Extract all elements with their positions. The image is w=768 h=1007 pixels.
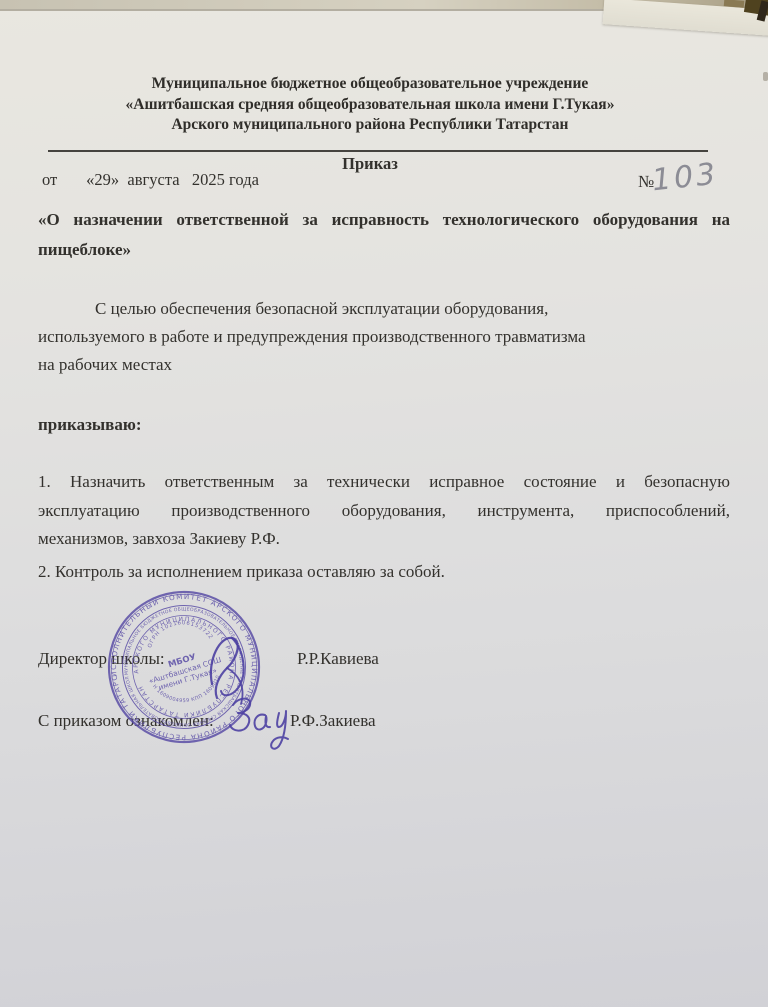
paper-speck [763, 72, 768, 81]
preamble-line-2: используемого в работе и предупреждения … [38, 323, 730, 351]
item1-line-1: 1. Назначить ответственным за технически… [38, 468, 730, 497]
order-item-2: 2. Контроль за исполнением приказа остав… [38, 558, 730, 586]
order-word: приказываю: [38, 415, 730, 435]
preamble: С целью обеспечения безопасной эксплуата… [38, 295, 730, 379]
item1-line-3: механизмов, завхоза Закиеву Р.Ф. [38, 525, 730, 554]
preamble-line-3: на рабочих местах [38, 351, 730, 379]
order-item-1: 1. Назначить ответственным за технически… [38, 468, 730, 554]
director-name: Р.Р.Кавиева [297, 649, 379, 669]
header-divider [48, 150, 708, 152]
order-subject: «О назначении ответственной за исправнос… [38, 205, 730, 265]
subject-line-2: пищеблоке» [38, 235, 730, 265]
org-line-1: Муниципальное бюджетное общеобразователь… [38, 74, 702, 95]
org-line-3: Арского муниципального района Республики… [38, 115, 702, 136]
document-photo: Муниципальное бюджетное общеобразователь… [0, 0, 768, 1007]
handwritten-order-number: 103 [650, 157, 720, 199]
date-text: от «29» августа 2025 года [38, 170, 259, 189]
org-header: Муниципальное бюджетное общеобразователь… [38, 74, 702, 136]
item1-line-2: эксплуатацию производственного оборудова… [38, 497, 730, 526]
date-row: от «29» августа 2025 года № 103 [38, 170, 730, 200]
org-line-2: «Ашитбашская средняя общеобразовательная… [38, 95, 702, 116]
ack-signature-ink [219, 689, 303, 755]
preamble-line-1: С целью обеспечения безопасной эксплуата… [38, 295, 730, 323]
subject-line-1: «О назначении ответственной за исправнос… [38, 205, 730, 235]
